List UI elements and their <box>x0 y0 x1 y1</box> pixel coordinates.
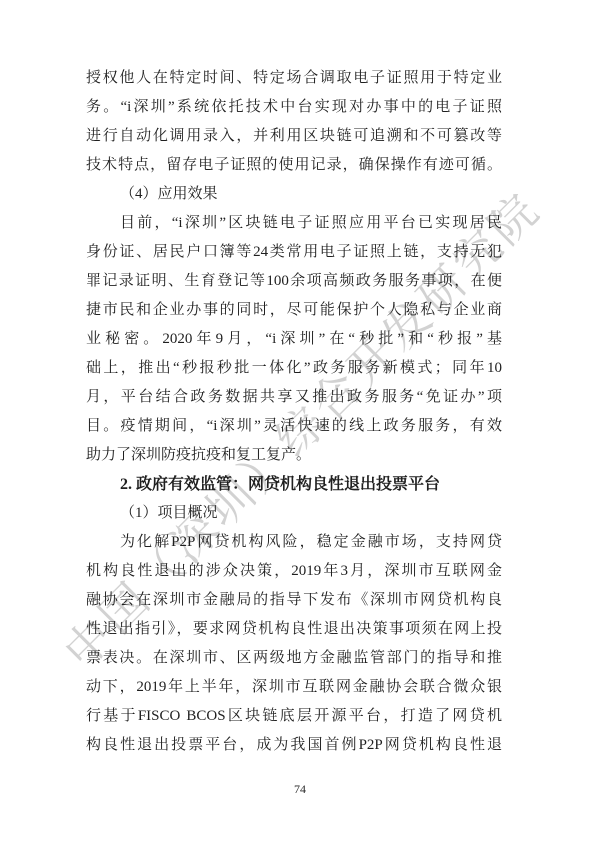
sub-heading: （4）应用效果 <box>86 180 502 209</box>
text-line: 月，平台结合政务数据共享又推出政务服务“免证办”项 <box>86 383 502 412</box>
text-line: 捷市民和企业办事的同时，尽可能保护个人隐私与企业商 <box>86 296 502 325</box>
text-line: 授权他人在特定时间、特定场合调取电子证照用于特定业 <box>86 64 502 93</box>
text-line: 构良性退出投票平台，成为我国首例P2P网贷机构良性退 <box>86 731 502 760</box>
text-line: 进行自动化调用录入，并利用区块链可追溯和不可篡改等 <box>86 122 502 151</box>
text-line: 业秘密。2020年9月，“i深圳”在“秒批”和“秒报”基 <box>86 325 502 354</box>
text-line: 技术特点，留存电子证照的使用记录，确保操作有迹可循。 <box>86 151 502 180</box>
paragraph: 授权他人在特定时间、特定场合调取电子证照用于特定业 务。“i深圳”系统依托技术中… <box>86 64 502 180</box>
paragraph: 2. 政府有效监管：网贷机构良性退出投票平台 <box>86 470 502 499</box>
text-line: 身份证、居民户口簿等24类常用电子证照上链，支持无犯 <box>86 238 502 267</box>
text-line: 助力了深圳防疫抗疫和复工复产。 <box>86 441 502 470</box>
text-line: 票表决。在深圳市、区两级地方金融监管部门的指导和推 <box>86 644 502 673</box>
text-line: 融协会在深圳市金融局的指导下发布《深圳市网贷机构良 <box>86 586 502 615</box>
text-line: 罪记录证明、生育登记等100余项高频政务服务事项，在便 <box>86 267 502 296</box>
text-line: 务。“i深圳”系统依托技术中台实现对办事中的电子证照 <box>86 93 502 122</box>
text-line: 础上，推出“秒报秒批一体化”政务服务新模式；同年10 <box>86 354 502 383</box>
text-line: 动下，2019年上半年，深圳市互联网金融协会联合微众银 <box>86 673 502 702</box>
text-line: 目。疫情期间，“i深圳”灵活快速的线上政务服务，有效 <box>86 412 502 441</box>
document-page: 中国（深圳）综合开发研究院 授权他人在特定时间、特定场合调取电子证照用于特定业 … <box>0 0 600 848</box>
paragraph: （1）项目概况 <box>86 499 502 528</box>
text-line: 性退出指引》，要求网贷机构良性退出决策事项须在网上投 <box>86 615 502 644</box>
paragraph: 目前，“i深圳”区块链电子证照应用平台已实现居民 身份证、居民户口簿等24类常用… <box>86 209 502 470</box>
sub-heading: （1）项目概况 <box>86 499 502 528</box>
text-line: 机构良性退出的涉众决策，2019年3月，深圳市互联网金 <box>86 557 502 586</box>
text-line: 为化解P2P网贷机构风险，稳定金融市场，支持网贷 <box>86 528 502 557</box>
text-line: 目前，“i深圳”区块链电子证照应用平台已实现居民 <box>86 209 502 238</box>
section-heading: 2. 政府有效监管：网贷机构良性退出投票平台 <box>86 470 502 499</box>
page-number: 74 <box>0 782 600 797</box>
paragraph: 为化解P2P网贷机构风险，稳定金融市场，支持网贷 机构良性退出的涉众决策，201… <box>86 528 502 760</box>
page-content: 授权他人在特定时间、特定场合调取电子证照用于特定业 务。“i深圳”系统依托技术中… <box>86 64 502 760</box>
paragraph: （4）应用效果 <box>86 180 502 209</box>
text-line: 行基于FISCO BCOS区块链底层开源平台，打造了网贷机 <box>86 702 502 731</box>
